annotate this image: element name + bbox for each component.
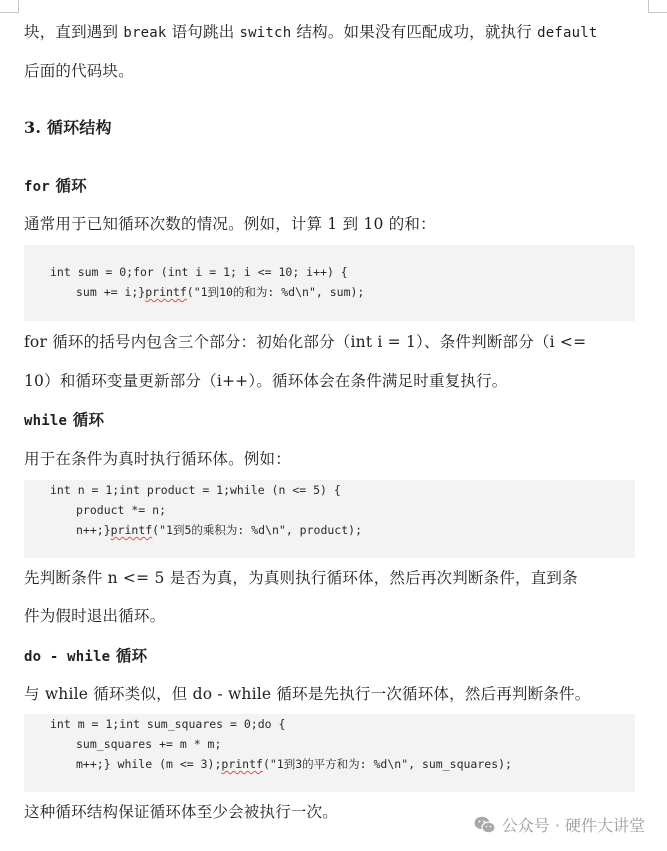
paragraph-line: 后面的代码块。 <box>24 61 134 81</box>
code-line: int n = 1;int product = 1;while (n <= 5)… <box>50 480 635 500</box>
page-corner-mark-right <box>648 0 667 13</box>
code-line: int sum = 0;for (int i = 1; i <= 10; i++… <box>50 262 635 282</box>
spellcheck-flagged-word: printf <box>111 523 153 537</box>
page-corner-mark-left <box>0 0 19 13</box>
heading-text: 循环 <box>50 176 87 195</box>
code-text: ("1到3的平方和为: %d\n", sum_squares); <box>263 757 512 771</box>
while-loop-explain-line1: 先判断条件 n <= 5 是否为真，为真则执行循环体，然后再次判断条件，直到条 <box>24 568 578 588</box>
while-loop-explain-line2: 件为假时退出循环。 <box>24 606 165 626</box>
code-line: int m = 1;int sum_squares = 0;do { <box>50 714 635 734</box>
paragraph-switch-continuation: 块，直到遇到 break 语句跳出 switch 结构。如果没有匹配成功，就执行… <box>24 22 598 43</box>
do-while-loop-explain: 这种循环结构保证循环体至少会被执行一次。 <box>24 802 338 822</box>
code-line: sum_squares += m * m; <box>50 734 635 754</box>
do-while-loop-code-block: int m = 1;int sum_squares = 0;do { sum_s… <box>24 714 635 792</box>
for-loop-explain-line2: 10）和循环变量更新部分（i++）。循环体会在条件满足时重复执行。 <box>24 371 508 391</box>
code-text: ("1到10的和为: %d\n", sum); <box>187 285 365 299</box>
while-loop-intro: 用于在条件为真时执行循环体。例如： <box>24 449 291 469</box>
code-text: m++;} while (m <= 3); <box>76 757 221 771</box>
heading-text: 循环 <box>67 410 104 429</box>
while-loop-heading: while 循环 <box>24 410 104 431</box>
code-line: n++;}printf("1到5的乘积为: %d\n", product); <box>50 520 635 540</box>
text-run: 语句跳出 <box>166 23 239 41</box>
heading-text: 循环 <box>110 646 147 665</box>
code-line: product *= n; <box>50 500 635 520</box>
spellcheck-flagged-word: printf <box>221 757 263 771</box>
watermark-text: 公众号 · 硬件大讲堂 <box>502 813 645 836</box>
keyword-default: default <box>537 25 597 41</box>
heading-code: for <box>24 179 50 195</box>
do-while-loop-heading: do - while 循环 <box>24 646 147 667</box>
text-run: 结构。如果没有匹配成功，就执行 <box>291 23 537 41</box>
heading-code: do - while <box>24 649 110 665</box>
watermark: 公众号 · 硬件大讲堂 <box>474 813 645 836</box>
code-line: m++;} while (m <= 3);printf("1到3的平方和为: %… <box>50 754 635 774</box>
for-loop-explain-line1: for 循环的括号内包含三个部分：初始化部分（int i = 1）、条件判断部分… <box>24 332 586 352</box>
heading-code: while <box>24 413 67 429</box>
do-while-loop-intro: 与 while 循环类似，但 do - while 循环是先执行一次循环体，然后… <box>24 684 590 704</box>
code-text: n++;} <box>76 523 111 537</box>
code-line: sum += i;}printf("1到10的和为: %d\n", sum); <box>50 282 635 302</box>
code-text: sum += i;} <box>76 285 145 299</box>
for-loop-code-block: int sum = 0;for (int i = 1; i <= 10; i++… <box>24 245 635 321</box>
while-loop-code-block: int n = 1;int product = 1;while (n <= 5)… <box>24 480 635 558</box>
section-heading: 3. 循环结构 <box>24 118 112 138</box>
for-loop-intro: 通常用于已知循环次数的情况。例如，计算 1 到 10 的和： <box>24 214 436 234</box>
text-run: 块，直到遇到 <box>24 23 123 41</box>
for-loop-heading: for 循环 <box>24 176 87 197</box>
wechat-icon <box>474 816 496 834</box>
code-text: ("1到5的乘积为: %d\n", product); <box>152 523 362 537</box>
spellcheck-flagged-word: printf <box>145 285 187 299</box>
keyword-break: break <box>123 25 166 41</box>
keyword-switch: switch <box>240 25 292 41</box>
